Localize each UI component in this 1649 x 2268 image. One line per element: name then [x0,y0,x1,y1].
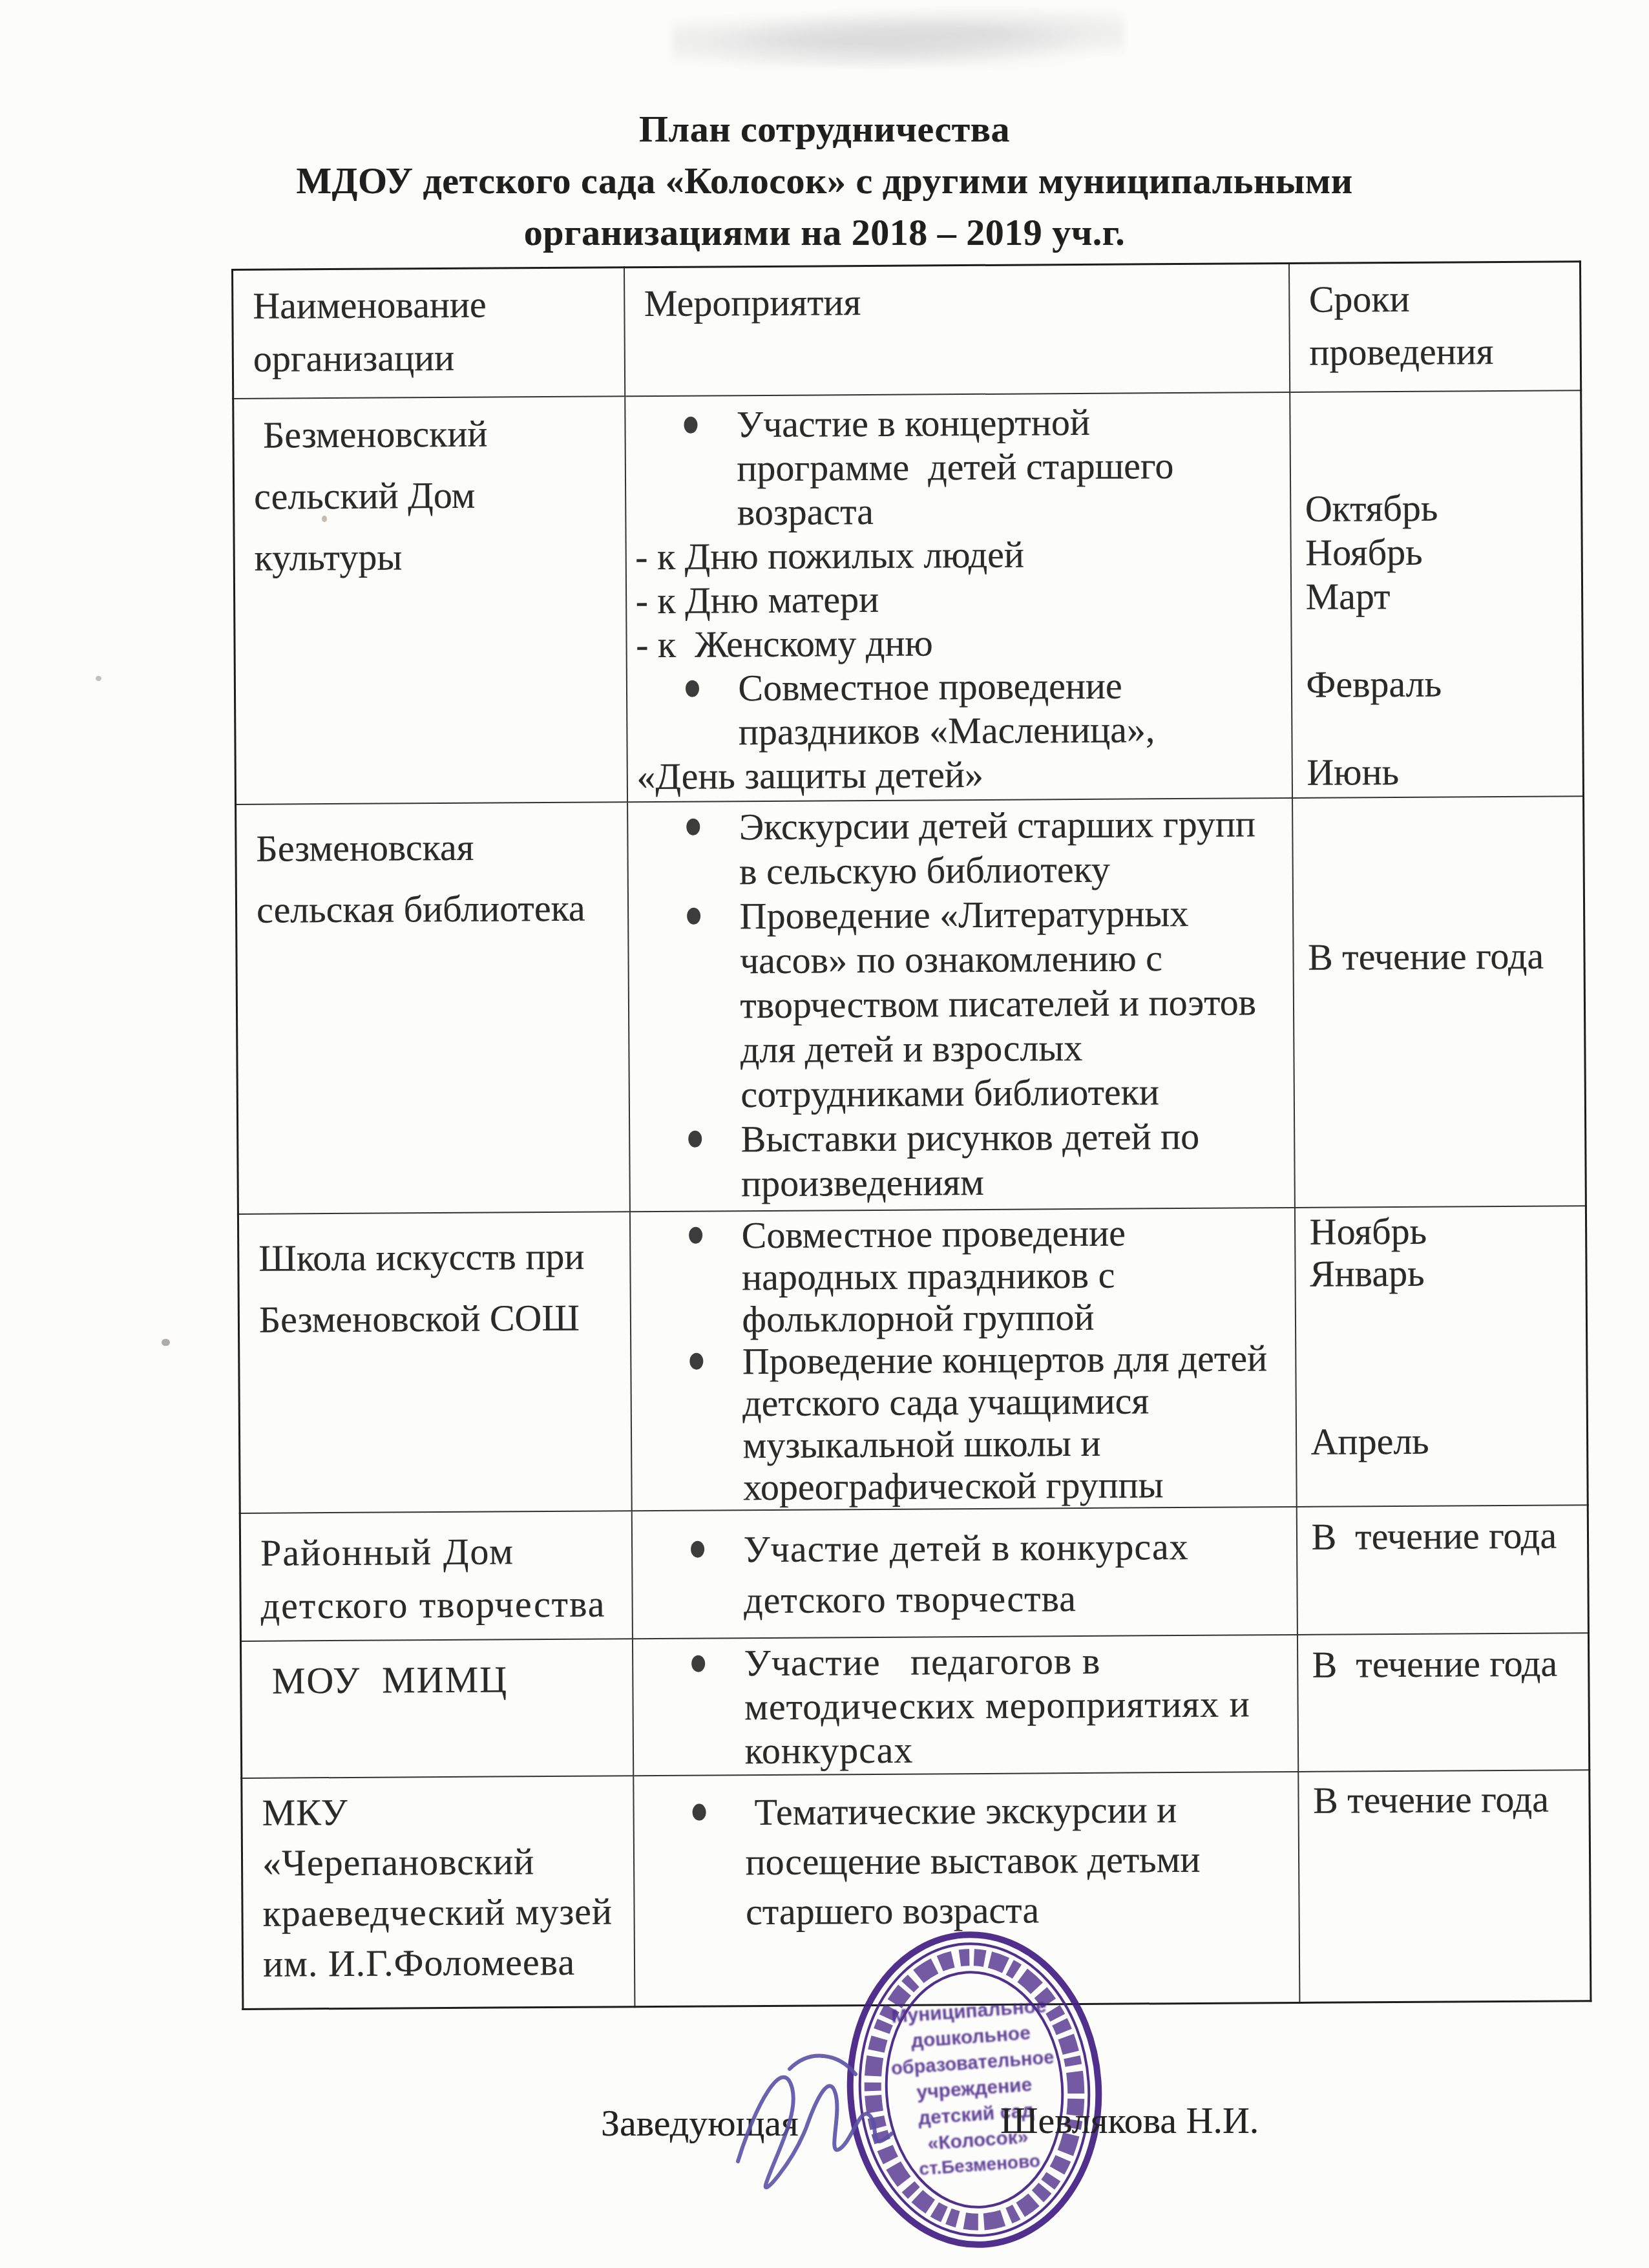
timing-cell: В течение года [1297,1633,1589,1772]
document-title: План сотрудничества МДОУ детского сада «… [0,103,1649,258]
timing-line: Февраль [1292,661,1582,707]
column-header: Мероприятия [624,264,1289,396]
event-line: в сельскую библиотеку [628,845,1292,894]
timing-line [1290,441,1581,487]
event-line: Проведение концертов для детей [631,1336,1295,1382]
bullet-icon [686,819,700,835]
event-line: конкурсах [633,1725,1297,1773]
timing-cell: В течение года [1292,796,1586,1208]
organization-line: детского творчества [241,1577,631,1633]
timing-line [1293,888,1583,935]
bullet-icon [684,416,697,433]
title-line-2: МДОУ детского сада «Колосок» с другими м… [0,155,1649,207]
timing-line: Март [1291,573,1581,619]
event-line: Тематические экскурсии и [634,1783,1297,1837]
timing-line: Январь [1296,1251,1586,1295]
organization-line: сельский Дом [235,463,625,527]
organization-line: МОУ МИМЦ [242,1652,632,1708]
table-row: Школа искусств приБезменовской СОШСовмес… [238,1206,1588,1513]
bullet-icon [691,1655,705,1672]
event-line: Участие в концертной [625,399,1289,447]
timing-line: Апрель [1296,1419,1586,1463]
timing-cell: НоябрьЯнварь Апрель [1294,1206,1588,1507]
organization-line: Безменовской СОШ [240,1286,630,1350]
column-header-line: организации [234,330,624,386]
organization-cell: Безменовскийсельский Домкультуры [233,396,627,804]
event-line: Совместное проведение [630,1210,1294,1256]
event-line: Участие детей в конкурсах [632,1520,1296,1575]
bullet-icon [688,1131,702,1148]
organization-line: Безменовская [236,815,627,879]
timing-cell: В течение года [1296,1505,1588,1635]
organization-line: Школа искусств при [239,1225,629,1289]
signer-name: Шевлякова Н.И. [1000,2099,1259,2142]
event-line: программе детей старшего [625,443,1289,491]
organization-line: сельская библиотека [237,877,627,941]
cooperation-plan-table: НаименованиеорганизацииМероприятияСрокип… [231,260,1591,2010]
table-row: МОУ МИМЦУчастие педагогов вметодических … [240,1633,1589,1778]
table-row: Безменовскийсельский ДомкультурыУчастие … [233,390,1584,804]
event-line: для детей и взрослых [629,1024,1293,1072]
event-line: детского сада учащимися [631,1378,1295,1424]
bullet-icon [687,908,700,925]
organization-line: Безменовский [234,402,624,466]
event-line: часов» по ознакомлению с [629,934,1292,983]
bullet-icon [685,680,698,697]
timing-line: В течение года [1299,1777,1589,1823]
timing-line: В течение года [1298,1641,1588,1687]
timing-line [1290,397,1581,443]
scan-artifact-smudge [672,9,1124,67]
column-header-line: проведения [1290,324,1580,379]
event-line: праздников «Масленица», [627,706,1291,754]
event-line: фольклорной группой [631,1294,1294,1340]
plan-table-body: Безменовскийсельский ДомкультурыУчастие … [233,390,1591,2010]
event-line: творчеством писателей и поэтов [629,979,1292,1027]
timing-cell: В течение года [1298,1770,1591,2003]
event-line: детского творчества [633,1571,1296,1626]
organization-cell: Безменовскаясельская библиотека [236,802,630,1214]
bullet-icon [692,1804,706,1821]
organization-cell: МОУ МИМЦ [240,1639,633,1778]
timing-line: В течение года [1297,1513,1587,1559]
bullet-icon [689,1227,702,1244]
organization-cell: Районный Домдетского творчества [240,1511,632,1641]
organization-cell: МКУ«Черепановскийкраеведческий музейим. … [242,1776,635,2010]
scan-speck [96,676,101,681]
bullet-icon [691,1541,704,1558]
event-line: сотрудниками библиотеки [629,1068,1293,1117]
timing-line [1292,705,1582,751]
timing-line: Июнь [1292,749,1582,795]
event-line: - к Дню пожилых людей [626,531,1290,579]
column-header: Наименованиеорганизации [233,268,625,399]
event-line: Экскурсии детей старших групп [628,801,1292,849]
organization-line: МКУ [242,1785,633,1838]
event-line: посещение выставок детьми [634,1833,1297,1887]
timing-line [1296,1377,1586,1421]
events-cell: Участие детей в конкурсахдетского творче… [631,1506,1297,1638]
timing-line: Октябрь [1291,485,1581,531]
event-line: «День защиты детей» [627,750,1291,798]
bullet-icon [689,1353,703,1370]
timing-line [1292,617,1582,663]
organization-line: Районный Дом [241,1524,631,1580]
timing-line: В течение года [1294,933,1584,980]
event-line: - к Женскому дню [627,618,1290,666]
event-line: методических мероприятиях и [633,1681,1297,1729]
organization-line: культуры [235,525,625,589]
title-line-3: организациями на 2018 – 2019 уч.г. [0,207,1649,258]
events-cell: Участие в концертнойпрограмме детей стар… [625,392,1292,801]
column-header-line: Сроки [1290,271,1580,326]
event-line: возраста [626,487,1290,535]
timing-line [1293,799,1583,846]
timing-line [1296,1335,1586,1379]
events-cell: Экскурсии детей старших группв сельскую … [627,797,1295,1211]
organization-line: краеведческий музей [243,1886,633,1939]
organization-cell: Школа искусств приБезменовской СОШ [238,1212,631,1513]
table-row: Безменовскаясельская библиотекаЭкскурсии… [236,796,1586,1214]
event-line: хореографической группы [632,1462,1296,1508]
organization-line: «Черепановский [243,1836,633,1889]
event-line: Участие педагогов в [633,1637,1296,1685]
scan-speck [162,1339,170,1346]
column-header-line: Мероприятия [625,273,1288,330]
event-line: Совместное проведение [627,662,1290,710]
column-header-line: Наименование [233,277,624,333]
timing-line: Ноябрь [1295,1209,1585,1253]
column-header: Срокипроведения [1288,262,1581,392]
table-header-row: НаименованиеорганизацииМероприятияСрокип… [233,262,1581,399]
event-line: Проведение «Литературных [628,890,1292,938]
handwritten-signature [730,2029,943,2203]
organization-line: им. И.Г.Фоломеева [244,1937,634,1990]
timing-line: Ноябрь [1291,529,1581,575]
event-line: произведениям [630,1157,1294,1206]
timing-line [1296,1293,1586,1337]
event-line: музыкальной школы и [631,1420,1295,1466]
table-row: Районный Домдетского творчестваУчастие д… [240,1505,1588,1641]
event-line: Выставки рисунков детей по [630,1113,1294,1161]
title-line-1: План сотрудничества [0,103,1649,155]
timing-cell: ОктябрьНоябрьМарт Февраль Июнь [1290,390,1584,798]
event-line: - к Дню матери [626,575,1290,623]
events-cell: Совместное проведениенародных праздников… [629,1207,1296,1510]
event-line: народных праздников с [631,1252,1294,1298]
events-cell: Участие педагогов вметодических мероприя… [632,1634,1297,1775]
timing-line [1293,844,1583,890]
